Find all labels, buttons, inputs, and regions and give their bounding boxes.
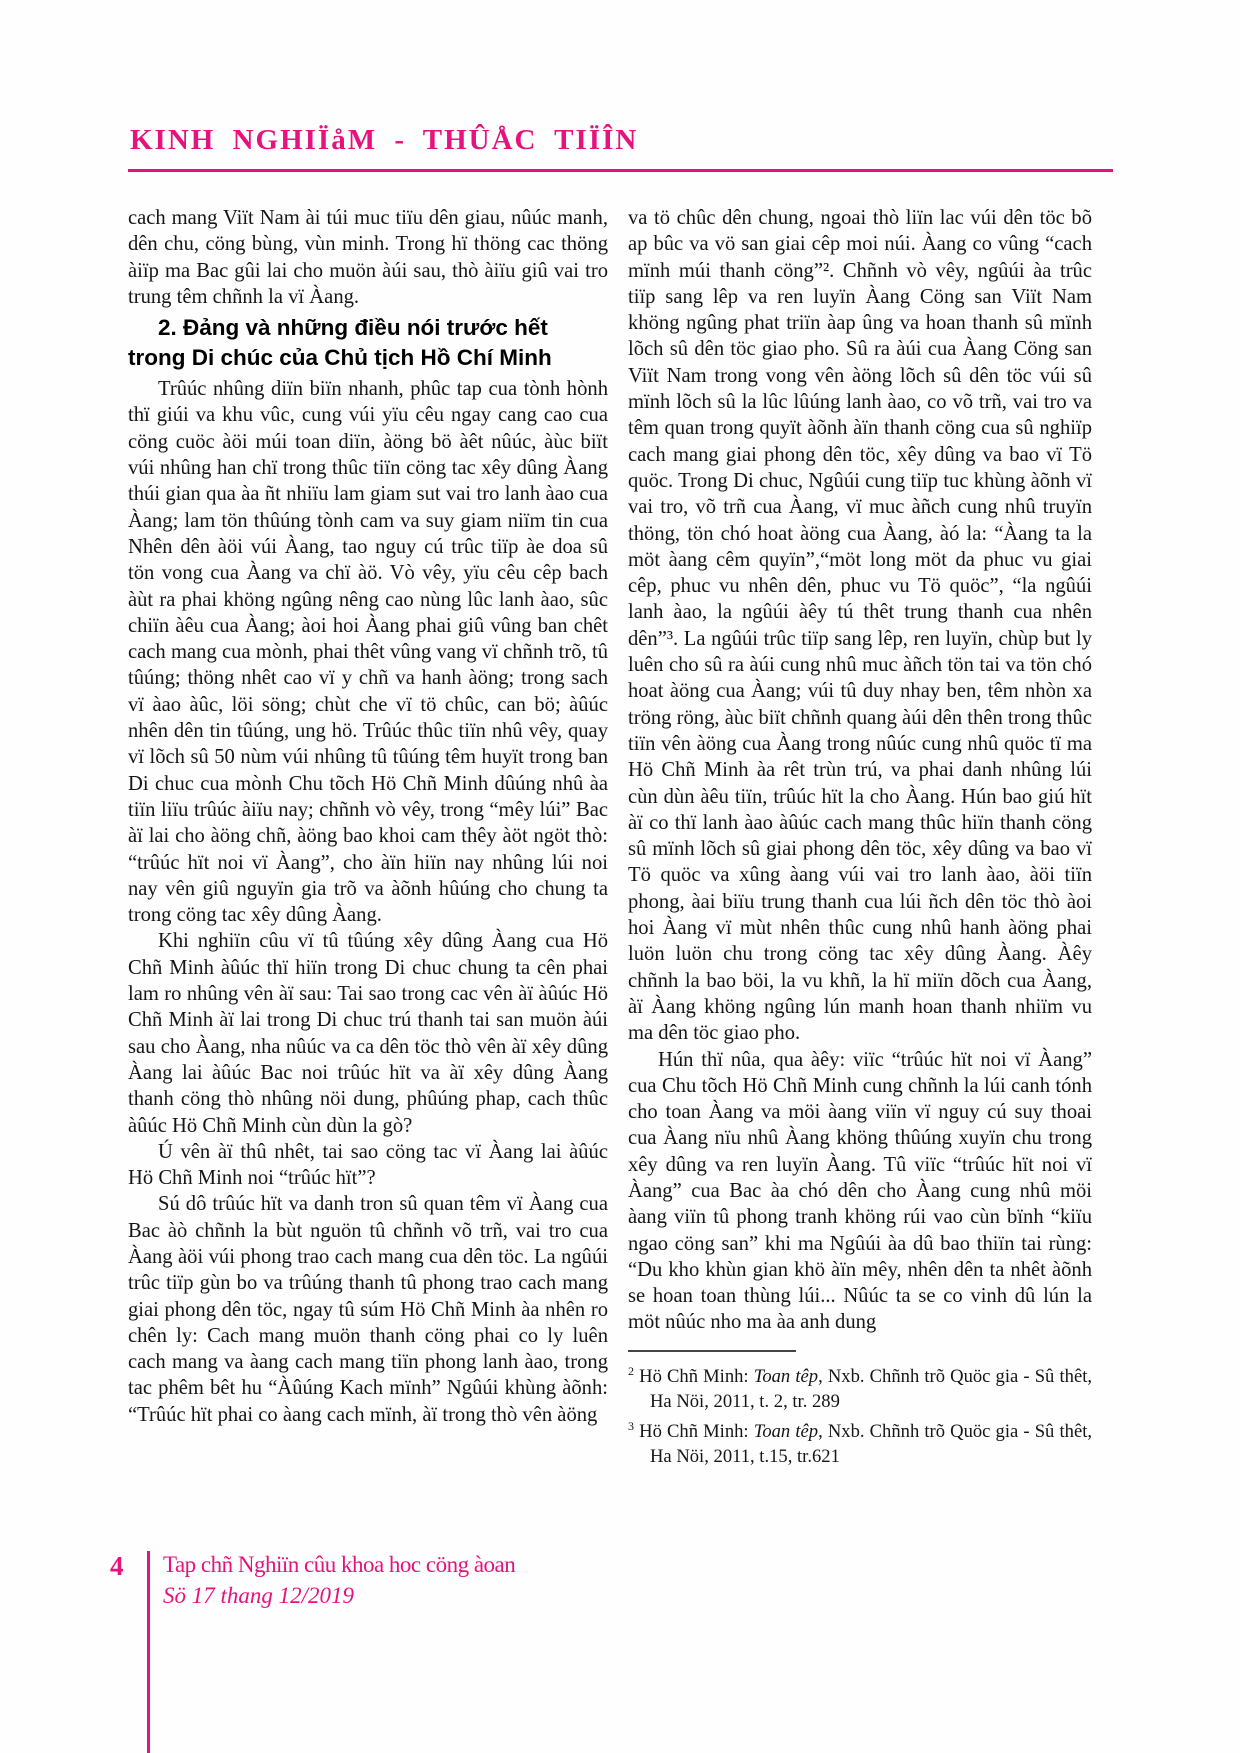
footnote-entry: 3 Hö Chñ Minh: Toan têp, Nxb. Chñnh trõ …: [628, 1414, 1092, 1469]
footnotes-block: 2 Hö Chñ Minh: Toan têp, Nxb. Chñnh trõ …: [628, 1350, 1092, 1469]
section-header-title: KINH NGHIÏåM - THÛÅC TIÏÎN: [130, 124, 638, 157]
paragraph-continuation: cach mang Viït Nam ài túi muc tiïu dên g…: [128, 205, 608, 310]
journal-page: KINH NGHIÏåM - THÛÅC TIÏÎN cach mang Viï…: [0, 0, 1240, 1753]
footer-vertical-rule: [147, 1551, 150, 1753]
footer-page-number: 4: [110, 1551, 124, 1582]
footnote-author: Hö Chñ Minh:: [639, 1421, 754, 1442]
two-column-body: cach mang Viït Nam ài túi muc tiïu dên g…: [128, 205, 1092, 1469]
paragraph: Khi nghiïn cûu vï tû tûúng xêy dûng Àang…: [128, 928, 608, 1138]
footnote-author: Hö Chñ Minh:: [639, 1366, 754, 1387]
footnote-work-title: Toan têp: [754, 1421, 818, 1442]
left-column: cach mang Viït Nam ài túi muc tiïu dên g…: [128, 205, 608, 1469]
footer-journal-name: Tap chñ Nghiïn cûu khoa hoc cöng àoan: [163, 1549, 515, 1580]
footnote-marker: 2: [628, 1364, 634, 1378]
footer-journal-info: Tap chñ Nghiïn cûu khoa hoc cöng àoan Sö…: [163, 1549, 515, 1611]
section-subheading: 2. Đảng và những điều nói trước hết tron…: [128, 313, 608, 373]
header-rule: [128, 169, 1113, 172]
paragraph-continuation: va tö chûc dên chung, ngoai thò liïn lac…: [628, 205, 1092, 1047]
footnote-entry: 2 Hö Chñ Minh: Toan têp, Nxb. Chñnh trõ …: [628, 1359, 1092, 1414]
footnote-work-title: Toan têp: [754, 1366, 818, 1387]
footnote-marker: 3: [628, 1419, 634, 1433]
right-column: va tö chûc dên chung, ngoai thò liïn lac…: [628, 205, 1092, 1469]
footer-issue-number: Sö 17 thang 12/2019: [163, 1580, 515, 1611]
paragraph: Ú vên àï thû nhêt, tai sao cöng tac vï À…: [128, 1139, 608, 1192]
paragraph: Hún thï nûa, qua àêy: viïc “trûúc hït no…: [628, 1047, 1092, 1336]
footnote-separator-rule: [628, 1350, 796, 1352]
paragraph: Trûúc nhûng diïn biïn nhanh, phûc tap cu…: [128, 376, 608, 928]
paragraph: Sú dô trûúc hït va danh tron sû quan têm…: [128, 1191, 608, 1428]
